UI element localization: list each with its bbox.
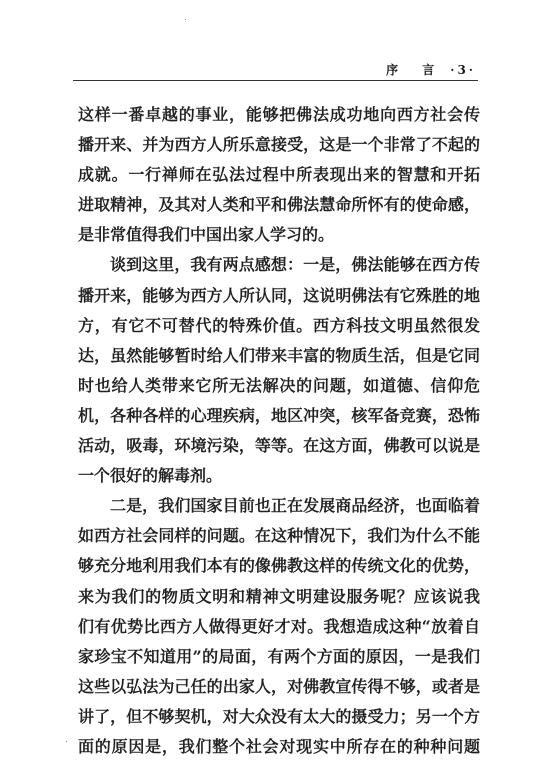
text-line: 播开来，能够为西方人所认同，这说明佛法有它殊胜的地 xyxy=(78,281,480,311)
text-line: 够充分地利用我们本有的像佛教这样的传统文化的优势， xyxy=(78,551,480,581)
scan-speck xyxy=(185,19,186,20)
text-line: 们有优势比西方人做得更好才对。我想造成这种“放着自 xyxy=(78,612,480,642)
page-number: ·3· xyxy=(450,63,476,77)
text-line: 面的原因是，我们整个社会对现实中所存在的种种问题 xyxy=(78,732,480,762)
text-line: 如西方社会同样的问题。在这种情况下，我们为什么不能 xyxy=(78,521,480,551)
text-line: 机，各种各样的心理疾病，地区冲突，核军备竞赛，恐怖 xyxy=(78,401,480,431)
book-page: 序 言·3· 这样一番卓越的事业，能够把佛法成功地向西方社会传播开来、并为西方人… xyxy=(0,0,548,779)
text-line: 这些以弘法为己任的出家人，对佛教宣传得不够，或者是 xyxy=(78,672,480,702)
text-line: 时也给人类带来它所无法解决的问题，如道德、信仰危 xyxy=(78,371,480,401)
text-line: 家珍宝不知道用”的局面，有两个方面的原因，一是我们 xyxy=(78,642,480,672)
chapter-title: 序 言 xyxy=(386,63,444,77)
text-line: 来为我们的物质文明和精神文明建设服务呢？应该说我 xyxy=(78,582,480,612)
text-line: 二是，我们国家目前也正在发展商品经济，也面临着 xyxy=(78,491,480,521)
text-line: 达，虽然能够暂时给人们带来丰富的物质生活，但是它同 xyxy=(78,341,480,371)
text-line: 是非常值得我们中国出家人学习的。 xyxy=(78,220,480,250)
text-line: 一个很好的解毒剂。 xyxy=(78,461,480,491)
text-line: 方，有它不可替代的特殊价值。西方科技文明虽然很发 xyxy=(78,311,480,341)
text-line: 谈到这里，我有两点感想：一是，佛法能够在西方传 xyxy=(78,250,480,280)
text-line: 讲了，但不够契机，对大众没有太大的摄受力；另一个方 xyxy=(78,702,480,732)
running-header: 序 言·3· xyxy=(73,64,478,81)
scan-speck xyxy=(66,741,67,742)
text-line: 播开来、并为西方人所乐意接受，这是一个非常了不起的 xyxy=(78,130,480,160)
text-line: 活动，吸毒，环境污染，等等。在这方面，佛教可以说是 xyxy=(78,431,480,461)
header-text: 序 言·3· xyxy=(386,61,476,78)
text-line: 进取精神，及其对人类和平和佛法慧命所怀有的使命感， xyxy=(78,190,480,220)
body-text: 这样一番卓越的事业，能够把佛法成功地向西方社会传播开来、并为西方人所乐意接受，这… xyxy=(78,100,480,762)
text-line: 这样一番卓越的事业，能够把佛法成功地向西方社会传 xyxy=(78,100,480,130)
text-line: 成就。一行禅师在弘法过程中所表现出来的智慧和开拓 xyxy=(78,160,480,190)
